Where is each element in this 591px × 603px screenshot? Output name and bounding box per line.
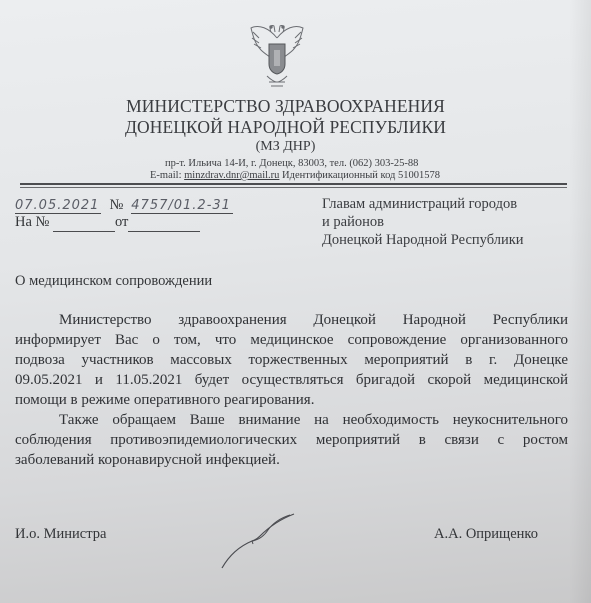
org-name-line2: ДОНЕЦКОЙ НАРОДНОЙ РЕСПУБЛИКИ — [0, 117, 581, 138]
subject-line: О медицинском сопровождении — [15, 273, 212, 290]
signatory-name: А.А. Оприщенко — [434, 526, 538, 543]
body-line: Министерство здравоохранения Донецкой На… — [15, 310, 568, 330]
email-link[interactable]: minzdrav.dnr@mail.ru — [184, 170, 279, 181]
addressee-line2: и районов — [322, 214, 384, 231]
page-edge-shadow — [569, 0, 591, 603]
body-line: заболеваний коронавирусной инфекцией. — [15, 450, 568, 470]
org-abbreviation: (МЗ ДНР) — [0, 139, 581, 155]
body-paragraph-2: Также обращаем Ваше внимание на необходи… — [15, 410, 568, 470]
body-line: информирует Вас о том, что медицинское с… — [15, 330, 568, 350]
addressee-line3: Донецкой Народной Республики — [322, 232, 524, 249]
body-line: подвоза участников массовых торжественны… — [15, 350, 568, 370]
coat-of-arms-icon — [247, 18, 307, 92]
body-line: соблюдения противоэпидемиологических мер… — [15, 430, 568, 450]
org-name-line1: МИНИСТЕРСТВО ЗДРАВООХРАНЕНИЯ — [0, 96, 581, 117]
reply-date-blank — [128, 214, 200, 232]
addressee-line1: Главам администраций городов — [322, 196, 517, 213]
reply-from-label: от — [115, 214, 128, 230]
id-code: Идентификационный код 51001578 — [282, 170, 440, 181]
header-divider-thin — [20, 187, 567, 188]
org-contacts: E-mail: minzdrav.dnr@mail.ru Идентификац… — [150, 170, 440, 181]
header-divider — [20, 183, 567, 185]
body-paragraph-1: Министерство здравоохранения Донецкой На… — [15, 310, 568, 410]
document-page: МИНИСТЕРСТВО ЗДРАВООХРАНЕНИЯ ДОНЕЦКОЙ НА… — [0, 0, 591, 603]
number-sign: № — [109, 197, 123, 213]
reply-label: На № — [15, 214, 49, 230]
body-line: 09.05.2021 и 11.05.2021 будет осуществля… — [15, 370, 568, 390]
email-label: E-mail: — [150, 170, 182, 181]
registration-line: 07.05.2021 № 4757/01.2-31 — [15, 196, 233, 214]
doc-date: 07.05.2021 — [15, 198, 101, 214]
org-address: пр-т. Ильича 14-И, г. Донецк, 83003, тел… — [165, 158, 418, 169]
body-line: Также обращаем Ваше внимание на необходи… — [15, 410, 568, 430]
reply-number-blank — [53, 214, 115, 232]
body-line: помощи в режиме оперативного реагировани… — [15, 390, 568, 410]
signatory-title: И.о. Министра — [15, 526, 106, 543]
reply-reference: На № от — [15, 214, 200, 232]
signature-icon — [218, 510, 308, 570]
doc-number: 4757/01.2-31 — [131, 198, 233, 214]
